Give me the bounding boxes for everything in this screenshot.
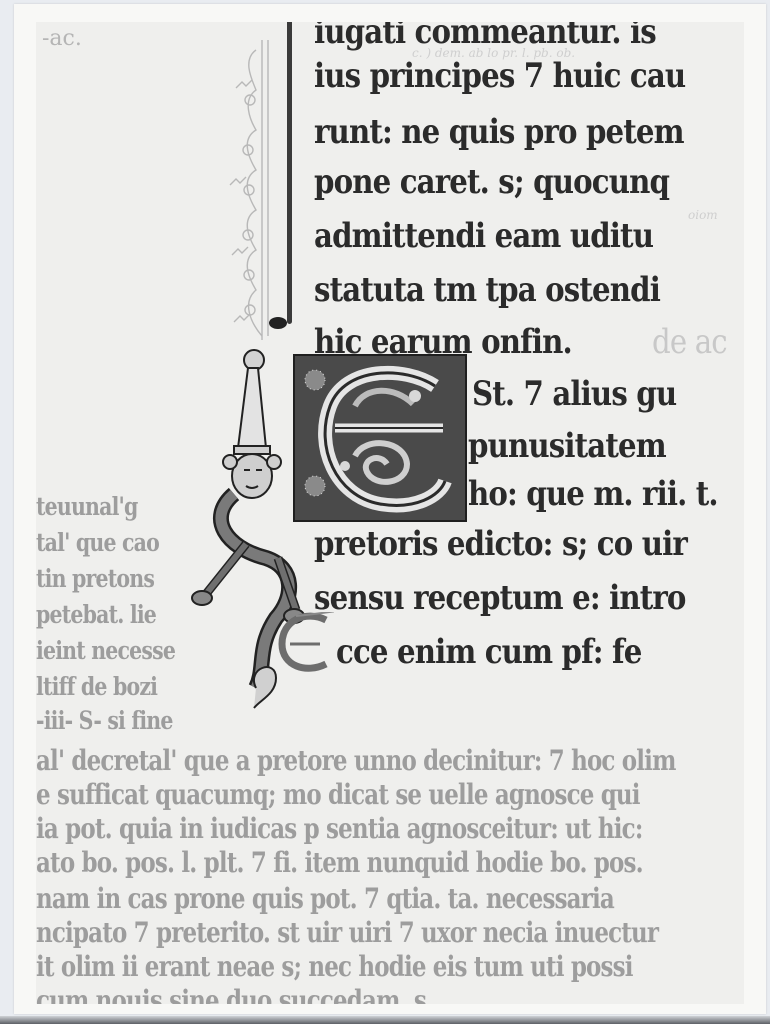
show-through-line: al' decretal' que a pretore unno decinit…: [36, 744, 676, 777]
text-line: runt: ne quis pro petem: [314, 112, 684, 152]
show-through-line: -iii- S- si fine: [36, 706, 173, 735]
rule-terminal: [269, 317, 287, 329]
right-gloss: oiom: [688, 208, 718, 222]
text-line: punusitatem: [468, 426, 666, 466]
secondary-initial-e-icon: [276, 612, 334, 674]
text-line: pone caret. s; quocunq: [314, 162, 669, 202]
show-through-line: ato bo. pos. l. plt. 7 fi. item nunquid …: [36, 846, 643, 879]
text-line: cce enim cum pf: fe: [336, 632, 642, 672]
show-through-line: ieint necesse: [36, 636, 175, 665]
margin-note: -ac.: [42, 26, 82, 51]
show-through-line: ncipato 7 preterito. st uir uiri 7 uxor …: [36, 916, 658, 949]
show-through-line: it olim ii erant neae s; nec hodie eis t…: [36, 950, 633, 983]
show-through-line: cum nouis sine duo succedam. s: [36, 984, 426, 1004]
text-line: admittendi eam uditu: [314, 216, 653, 256]
penwork-border-icon: [222, 40, 284, 340]
text-line: sensu receptum e: intro: [314, 578, 686, 618]
text-line: St. 7 alius gu: [472, 374, 676, 414]
vertical-rule: [287, 22, 292, 324]
faded-rubric: de ac: [652, 322, 727, 362]
show-through-line: nam in cas prone quis pot. 7 qtia. ta. n…: [36, 882, 614, 915]
photo-edge-shadow: [0, 1016, 770, 1024]
show-through-line: ltiff de bozi: [36, 672, 157, 701]
show-through-line: tin pretons: [36, 564, 154, 593]
show-through-line: tal' que cao: [36, 528, 159, 557]
show-through-line: ia pot. quia in iudicas p sentia agnosce…: [36, 812, 642, 845]
show-through-line: petebat. lie: [36, 600, 156, 629]
initial-e-icon: [295, 356, 465, 520]
show-through-line: e sufficat quacumq; mo dicat se uelle ag…: [36, 778, 640, 811]
text-line: pretoris edicto: s; co uir: [314, 524, 687, 564]
show-through-line: teuunal'g: [36, 492, 138, 521]
manuscript-page: -ac. iugati commeantur. is c. ) dem. ab …: [36, 22, 744, 1004]
illuminated-initial: [293, 354, 467, 522]
text-line: ho: que m. rii. t.: [468, 474, 718, 514]
text-line: statuta tm tpa ostendi: [314, 270, 660, 310]
text-line: ius principes 7 huic cau: [314, 56, 685, 96]
